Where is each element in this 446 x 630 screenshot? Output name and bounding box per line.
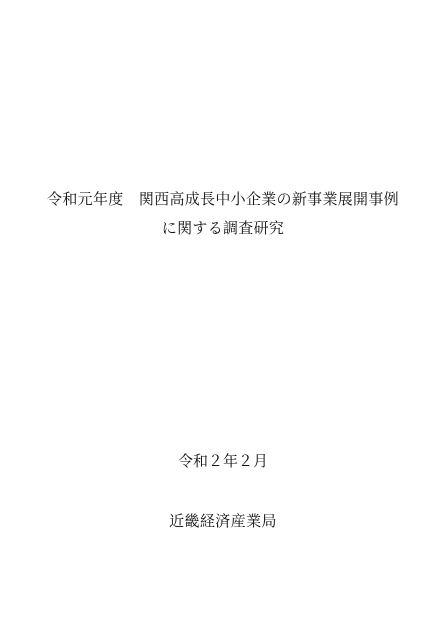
publication-date: 令和２年２月 xyxy=(0,452,446,470)
organization-name: 近畿経済産業局 xyxy=(0,512,446,531)
document-title-line2: に関する調査研究 xyxy=(0,214,446,243)
cover-page: 令和元年度 関西高成長中小企業の新事業展開事例 に関する調査研究 令和２年２月 … xyxy=(0,0,446,630)
document-title-line1: 令和元年度 関西高成長中小企業の新事業展開事例 xyxy=(0,185,446,214)
document-title: 令和元年度 関西高成長中小企業の新事業展開事例 に関する調査研究 xyxy=(0,185,446,243)
